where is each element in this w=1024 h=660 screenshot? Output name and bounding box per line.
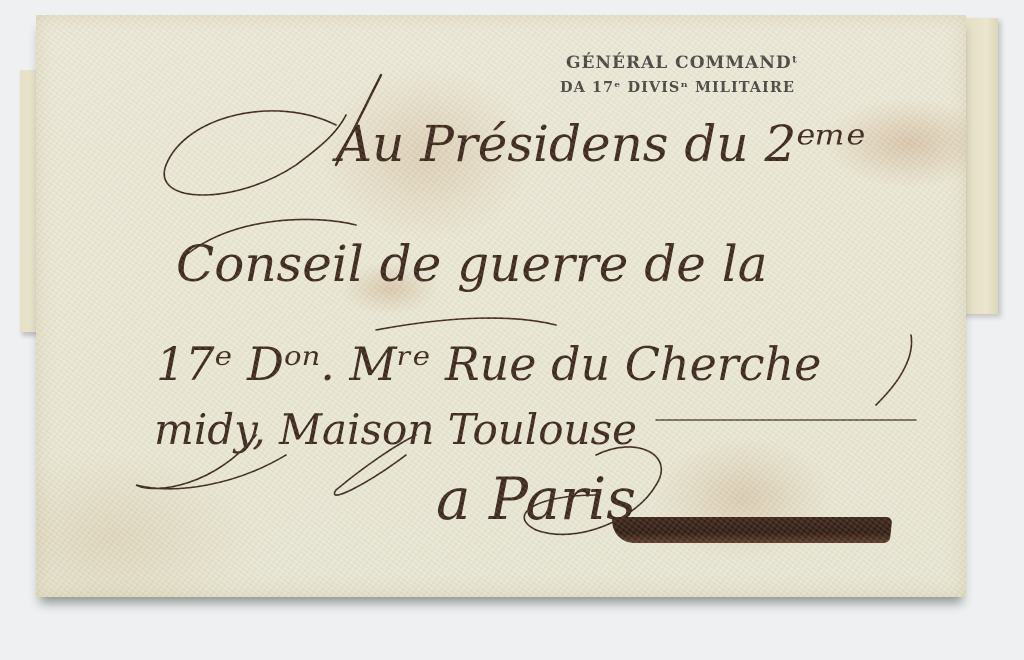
- handstamp-line-2: DA 17ᵉ DIVISⁿ MILITAIRE: [560, 79, 900, 96]
- military-handstamp: GÉNÉRAL COMMANDᵗ DA 17ᵉ DIVISⁿ MILITAIRE: [560, 53, 900, 96]
- letter-cover: GÉNÉRAL COMMANDᵗ DA 17ᵉ DIVISⁿ MILITAIRE: [36, 15, 966, 597]
- address-line-3: 17ᵉ Dᵒⁿ. Mʳᵉ Rue du Cherche: [156, 337, 821, 391]
- address-line-5: a Paris: [436, 465, 636, 533]
- scan-stage: GÉNÉRAL COMMANDᵗ DA 17ᵉ DIVISⁿ MILITAIRE: [0, 0, 1024, 660]
- address-line-2: Conseil de guerre de la: [176, 235, 768, 293]
- address-line-4: midy, Maison Toulouse: [154, 405, 637, 454]
- ink-underline-stroke: [610, 517, 893, 543]
- address-line-1: Au Présidens du 2ᵉᵐᵉ: [336, 115, 866, 173]
- handstamp-line-1: GÉNÉRAL COMMANDᵗ: [560, 53, 900, 73]
